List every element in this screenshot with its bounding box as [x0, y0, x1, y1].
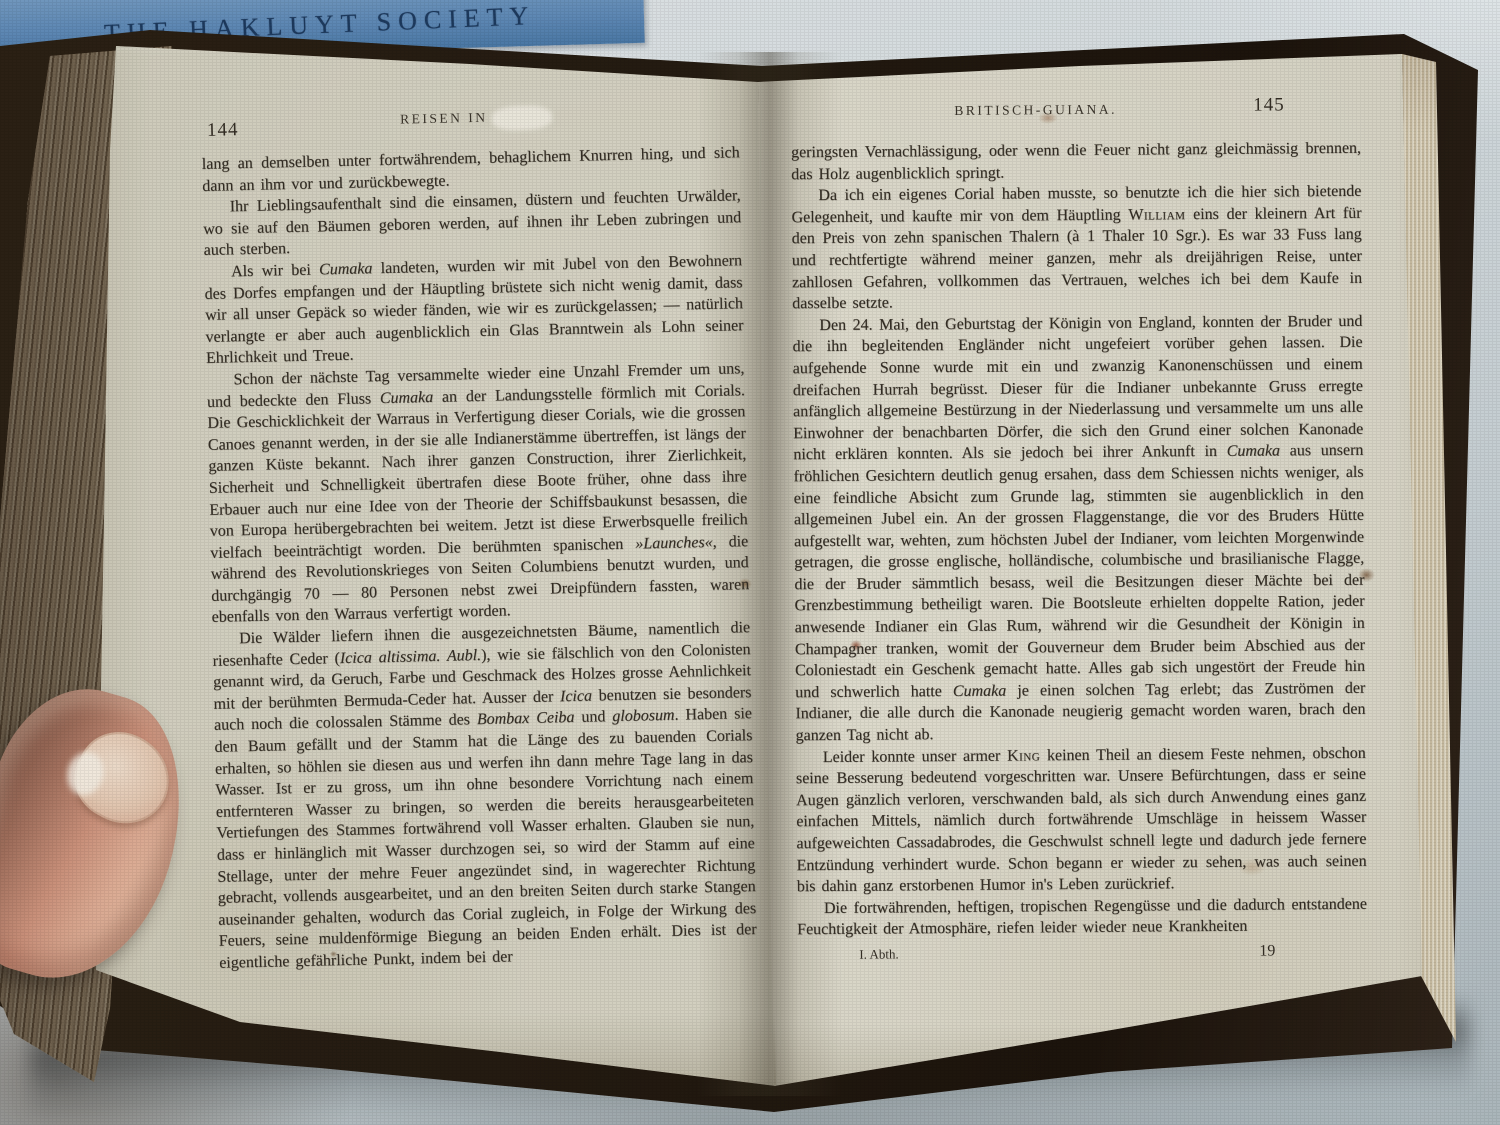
text-run: Cumaka — [380, 388, 434, 406]
text-run: Cumaka — [319, 260, 373, 278]
paragraph: Als wir bei Cumaka landeten, wurden wir … — [204, 250, 744, 370]
paragraph: Leider konnte unser armer King keinen Th… — [796, 742, 1367, 898]
section-footnote: I. Abth. — [859, 946, 898, 962]
text-run: Ihr Lieblingsaufenthalt sind die einsame… — [203, 187, 741, 259]
text-run: keinen Theil an diesem Feste nehmen, obs… — [796, 744, 1367, 895]
text-run: »Launches« — [635, 534, 713, 553]
text-run: Die fortwährenden, heftigen, tropischen … — [797, 896, 1367, 939]
text-run: globosum — [612, 707, 675, 725]
text-run: aus unsern fröhlichen Gesichtern deutlic… — [794, 442, 1366, 701]
text-run: geringsten Vernachlässigung, oder wenn d… — [791, 140, 1361, 183]
right-page-number: 145 — [1253, 94, 1285, 116]
text-run: . Haben sie den Baum gefällt und der Sta… — [214, 706, 756, 972]
text-run: Cumaka — [1227, 443, 1280, 460]
paragraph: Die Wälder liefern ihnen die ausgezeichn… — [212, 617, 757, 974]
paragraph: Die fortwährenden, heftigen, tropischen … — [797, 894, 1367, 942]
text-run: Leider konnte unser armer — [823, 747, 1007, 765]
text-run: Bombax Ceiba — [477, 709, 575, 728]
left-page-content: 144 REISEN IN lang an demselben unter fo… — [201, 100, 758, 974]
paragraph: Schon der nächste Tag versammelte wieder… — [206, 358, 750, 629]
text-run: Den 24. Mai, den Geburtstag der Königin … — [792, 313, 1363, 464]
text-run: William — [1128, 206, 1185, 223]
right-page-content: BRITISCH-GUIANA. 145 geringsten Vernachl… — [791, 96, 1368, 964]
photo-of-open-book: THE HAKLUYT SOCIETY 144 REISEN IN lang a… — [0, 0, 1500, 1125]
text-run: und — [574, 709, 612, 727]
right-header-row: BRITISCH-GUIANA. 145 — [791, 96, 1361, 130]
text-run: Icica — [560, 687, 592, 705]
paragraph: Den 24. Mai, den Geburtstag der Königin … — [792, 311, 1365, 747]
paragraph: Ihr Lieblingsaufenthalt sind die einsame… — [203, 185, 742, 262]
left-page-text: lang an demselben unter fortwährendem, b… — [202, 142, 758, 974]
right-page-text: geringsten Vernachlässigung, oder wenn d… — [791, 138, 1367, 941]
paragraph: Da ich ein eigenes Corial haben musste, … — [791, 181, 1362, 315]
signature-mark: 19 — [1259, 942, 1275, 960]
right-running-header: BRITISCH-GUIANA. — [751, 100, 1321, 120]
paragraph: geringsten Vernachlässigung, oder wenn d… — [791, 138, 1361, 186]
text-run: Cumaka — [953, 682, 1006, 699]
text-run: Als wir bei — [231, 261, 319, 280]
text-run: Icica altissima. Aubl. — [340, 647, 482, 667]
text-run: King — [1007, 747, 1040, 764]
